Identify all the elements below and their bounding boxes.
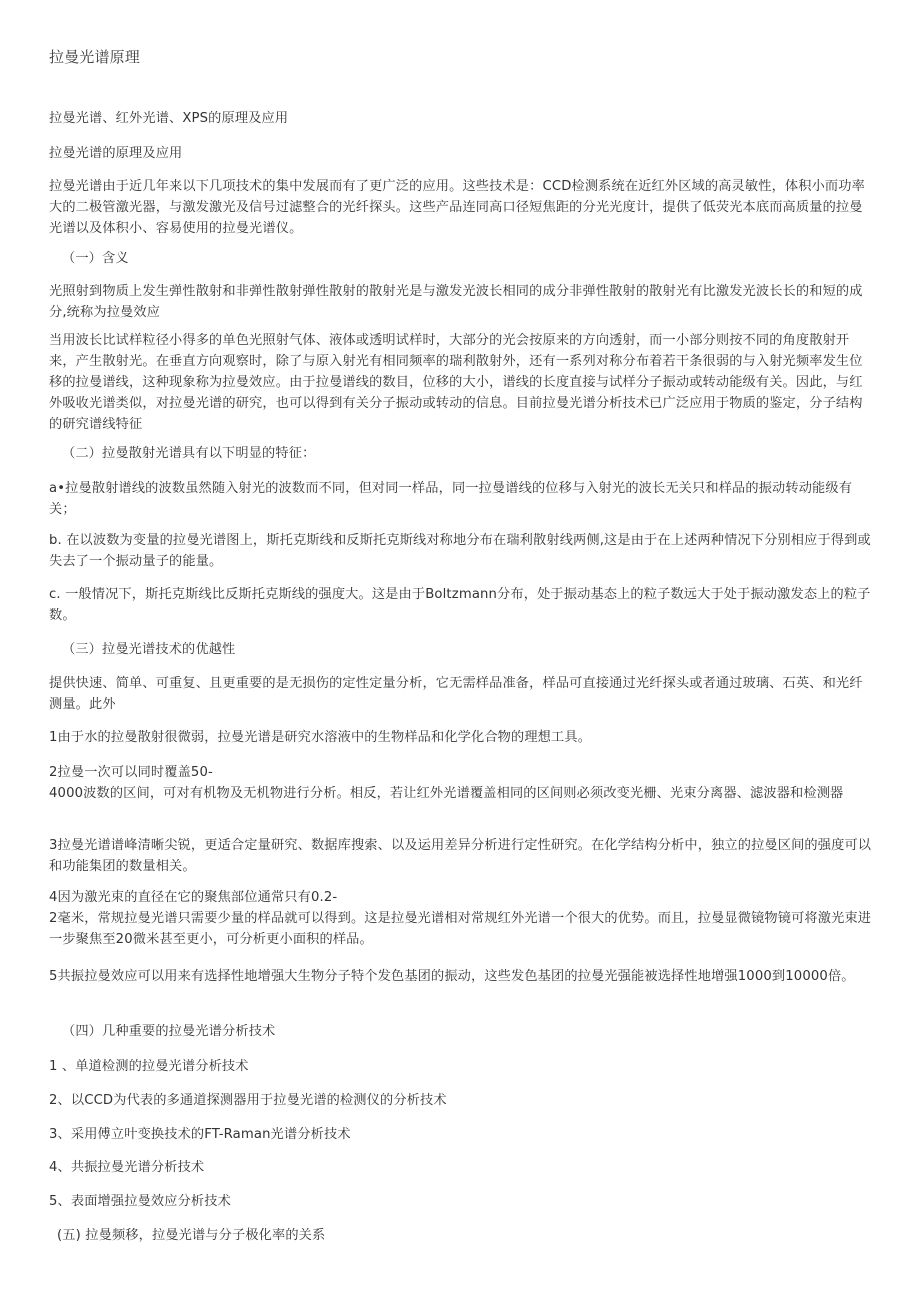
section-heading-3: （三）拉曼光谱技术的优越性 [62,639,888,660]
subtitle-secondary: 拉曼光谱的原理及应用 [49,143,875,164]
technique-item-3: 3、采用傅立叶变换技术的FT-Raman光谱分析技术 [49,1124,875,1145]
paragraph: 当用波长比试样粒径小得多的单色光照射气体、液体或透明试样时，大部分的光会按原来的… [49,330,875,435]
technique-item-2: 2、以CCD为代表的多通道探测器用于拉曼光谱的检测仪的分析技术 [49,1090,875,1111]
document-title: 拉曼光谱原理 [49,47,875,68]
paragraph: 光照射到物质上发生弹性散射和非弹性散射弹性散射的散射光是与激发光波长相同的成分非… [49,281,875,323]
subtitle-main: 拉曼光谱、红外光谱、XPS的原理及应用 [49,108,875,129]
technique-item-5: 5、表面增强拉曼效应分析技术 [49,1191,875,1212]
advantage-item-2: 2拉曼一次可以同时覆盖50- 4000波数的区间，可对有机物及无机物进行分析。相… [49,762,875,804]
feature-item-c: c. 一般情况下，斯托克斯线比反斯托克斯线的强度大。这是由于Boltzmann分… [49,584,875,626]
advantage-item-4: 4因为激光束的直径在它的聚焦部位通常只有0.2- 2毫米，常规拉曼光谱只需要少量… [49,887,875,950]
section-heading-4: （四）几种重要的拉曼光谱分析技术 [62,1021,888,1042]
technique-item-1: 1 、单道检测的拉曼光谱分析技术 [49,1056,875,1077]
section-heading-1: （一）含义 [62,248,888,269]
advantage-item-1: 1由于水的拉曼散射很微弱，拉曼光谱是研究水溶液中的生物样品和化学化合物的理想工具… [49,727,875,748]
intro-paragraph: 拉曼光谱由于近几年来以下几项技术的集中发展而有了更广泛的应用。这些技术是：CCD… [49,176,875,239]
document-page: 拉曼光谱原理 拉曼光谱、红外光谱、XPS的原理及应用 拉曼光谱的原理及应用 拉曼… [0,0,920,1302]
section-heading-2: （二）拉曼散射光谱具有以下明显的特征： [62,443,888,464]
technique-item-4: 4、共振拉曼光谱分析技术 [49,1157,875,1178]
feature-item-b: b. 在以波数为变量的拉曼光谱图上，斯托克斯线和反斯托克斯线对称地分布在瑞利散射… [49,530,875,572]
section-heading-5: (五) 拉曼频移，拉曼光谱与分子极化率的关系 [57,1225,883,1246]
paragraph: 提供快速、简单、可重复、且更重要的是无损伤的定性定量分析，它无需样品准备，样品可… [49,673,875,715]
feature-item-a: a•拉曼散射谱线的波数虽然随入射光的波数而不同，但对同一样品，同一拉曼谱线的位移… [49,478,875,520]
advantage-item-3: 3拉曼光谱谱峰清晰尖锐，更适合定量研究、数据库搜索、以及运用差异分析进行定性研究… [49,835,875,877]
advantage-item-5: 5共振拉曼效应可以用来有选择性地增强大生物分子特个发色基团的振动，这些发色基团的… [49,966,875,987]
